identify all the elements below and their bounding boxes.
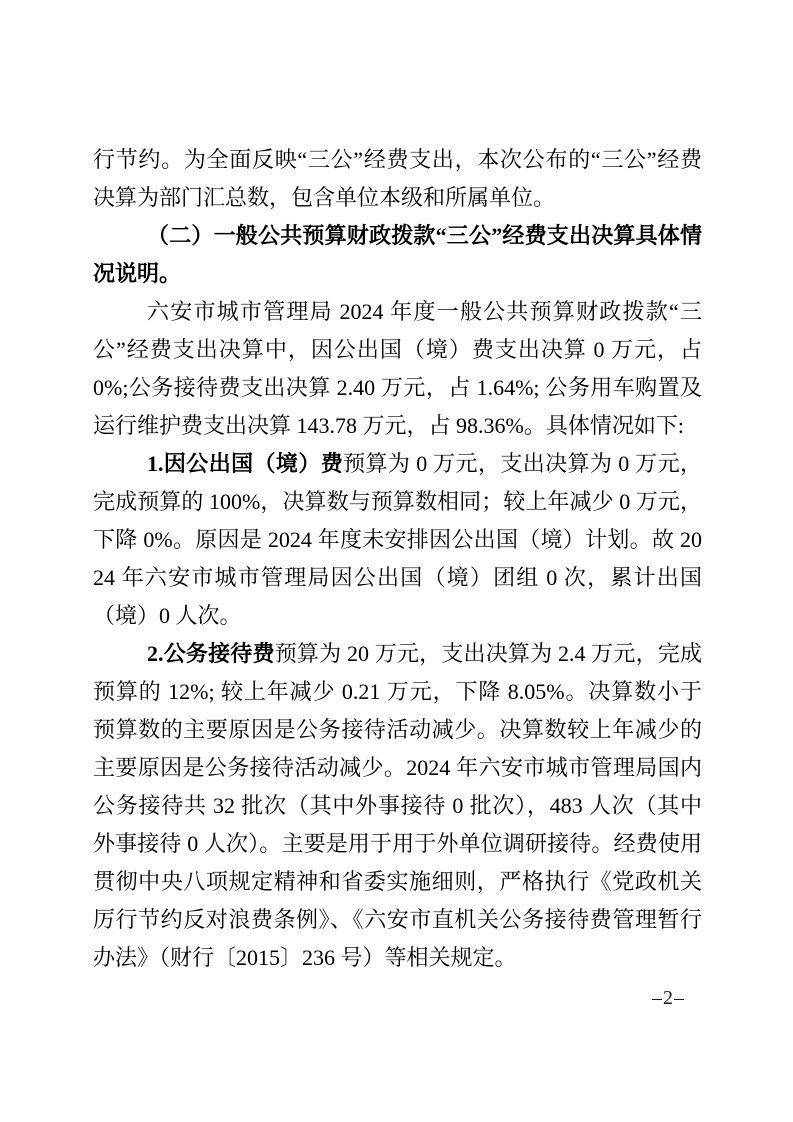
section-heading: （二）一般公共预算财政拨款“三公”经费支出决算具体情况说明。 (93, 217, 702, 293)
paragraph-item2-official-reception: 2.公务接待费预算为 20 万元，支出决算为 2.4 万元，完成预算的 12%;… (93, 635, 702, 977)
paragraph-continuation-text: 行节约。为全面反映“三公”经费支出，本次公布的“三公”经费决算为部门汇总数，包含… (93, 147, 702, 210)
page-number: –2– (652, 986, 685, 1010)
paragraph-continuation: 行节约。为全面反映“三公”经费支出，本次公布的“三公”经费决算为部门汇总数，包含… (93, 141, 702, 217)
paragraph-overview: 六安市城市管理局 2024 年度一般公共预算财政拨款“三公”经费支出决算中，因公… (93, 293, 702, 445)
paragraph-item1-overseas-trips: 1.因公出国（境）费预算为 0 万元，支出决算为 0 万元，完成预算的 100%… (93, 445, 702, 635)
item2-lead-label: 2.公务接待费 (147, 641, 275, 666)
section-heading-text: （二）一般公共预算财政拨款“三公”经费支出决算具体情况说明。 (93, 223, 702, 286)
document-page: 行节约。为全面反映“三公”经费支出，本次公布的“三公”经费决算为部门汇总数，包含… (0, 0, 793, 1122)
document-body: 行节约。为全面反映“三公”经费支出，本次公布的“三公”经费决算为部门汇总数，包含… (93, 141, 702, 977)
item1-lead-label: 1.因公出国（境）费 (147, 451, 343, 476)
paragraph-overview-text: 六安市城市管理局 2024 年度一般公共预算财政拨款“三公”经费支出决算中，因公… (93, 299, 702, 438)
item2-body-text: 预算为 20 万元，支出决算为 2.4 万元，完成预算的 12%; 较上年减少 … (93, 641, 702, 970)
item1-body-text: 预算为 0 万元，支出决算为 0 万元，完成预算的 100%，决算数与预算数相同… (93, 451, 702, 628)
